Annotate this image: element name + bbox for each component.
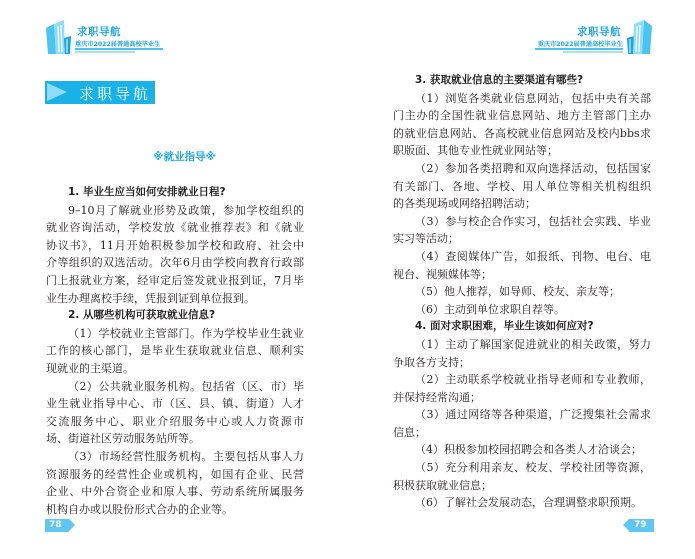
paragraph-line: （1）浏览各类就业信息网站，包括中央有关部 <box>393 90 651 108</box>
paragraph-line: 职版面、其他专业性就业网站等； <box>393 142 651 160</box>
paragraph-line: 业生办理离校手续，凭报到证到单位报到。 <box>46 290 304 308</box>
header-subtitle: 重庆市2022届普通高校毕业生 <box>538 39 623 48</box>
paragraph-line: （4）查阅媒体广告，如报纸、刊物、电台、电 <box>393 248 651 266</box>
question-heading: 2. 从哪些机构可获取就业信息? <box>46 307 304 325</box>
paragraph-line: （2）公共就业服务机构。包括省（区、市）毕 <box>46 378 304 396</box>
paragraph-line: （2）参加各类招聘和双向选择活动，包括国家 <box>393 160 651 178</box>
page-number: 78 <box>45 519 69 532</box>
paragraph-line: 现就业的主渠道。 <box>46 360 304 378</box>
right-page: 求职导航 重庆市2022届普通高校毕业生 3. 获取就业信息的主要渠道有哪些?（… <box>348 0 695 559</box>
header-rule-secondary <box>75 51 135 53</box>
right-body-text: 3. 获取就业信息的主要渠道有哪些?（1）浏览各类就业信息网站，包括中央有关部门… <box>393 72 651 512</box>
banner-label: 求职导航 <box>79 83 151 104</box>
question-heading: 1. 毕业生应当如何安排就业日程? <box>46 184 304 202</box>
paragraph-line: （1）学校就业主管部门。作为学校毕业生就业 <box>46 325 304 343</box>
paragraph-line: （6）主动到单位求职自荐等。 <box>393 301 651 319</box>
paragraph-line: （3）市场经营性服务机构。主要包括从事人力 <box>46 448 304 466</box>
paragraph-line: 工作的核心部门，是毕业生获取就业信息、顺利实 <box>46 342 304 360</box>
paragraph-line: 业生就业指导中心、市（区、县、镇、街道）人才 <box>46 395 304 413</box>
paragraph-line: 机构自办或以股份形式合办的企业等。 <box>46 501 304 519</box>
paragraph-line: （2）主动联系学校就业指导老师和专业教师， <box>393 371 651 389</box>
paragraph-line: 积极获取就业信息； <box>393 477 651 495</box>
paragraph-line: （3）参与校企合作实习，包括社会实践、毕业 <box>393 213 651 231</box>
header-rule <box>535 48 623 50</box>
paragraph-line: 实习等活动； <box>393 230 651 248</box>
paragraph-line: 就业咨询活动，学校发放《就业推荐表》和《就业 <box>46 219 304 237</box>
paragraph-line: 的各类现场或网络招聘活动； <box>393 195 651 213</box>
building-logo-icon <box>44 20 72 56</box>
section-banner: 求职导航 <box>45 81 155 104</box>
left-body-text: 1. 毕业生应当如何安排就业日程?9–10月了解就业形势及政策，参加学校组织的就… <box>46 184 304 518</box>
paragraph-line: 争取各方支持； <box>393 354 651 372</box>
header-logo: 求职导航 重庆市2022届普通高校毕业生 <box>532 20 654 56</box>
paragraph-line: 场、街道社区劳动服务站所等。 <box>46 430 304 448</box>
section-title: ※就业指导※ <box>0 149 347 164</box>
paragraph-line: 并保持经常沟通； <box>393 389 651 407</box>
paragraph-line: （5）他人推荐，如导师、校友、亲友等； <box>393 283 651 301</box>
paragraph-line: 门主办的全国性就业信息网站、地方主管部门主办 <box>393 107 651 125</box>
paragraph-line: 9–10月了解就业形势及政策，参加学校组织的 <box>46 202 304 220</box>
header-subtitle: 重庆市2022届普通高校毕业生 <box>75 39 160 48</box>
paragraph-line: 视台、视频媒体等； <box>393 266 651 284</box>
paragraph-line: （5）充分利用亲友、校友、学校社团等资源， <box>393 459 651 477</box>
question-heading: 3. 获取就业信息的主要渠道有哪些? <box>393 72 651 90</box>
paragraph-line: 资源服务的经营性企业或机构，如国有企业、民营 <box>46 466 304 484</box>
page-number: 79 <box>629 519 654 532</box>
building-logo-icon <box>626 20 654 56</box>
header-rule <box>75 48 163 50</box>
header-title: 求职导航 <box>77 24 121 39</box>
paragraph-line: 介等组织的双选活动。次年6月由学校向教育行政部 <box>46 254 304 272</box>
paragraph-line: 有关部门、各地、学校、用人单位等相关机构组织 <box>393 178 651 196</box>
paragraph-line: 的就业信息网站、各高校就业信息网站及校内bbs求 <box>393 125 651 143</box>
paragraph-line: 协议书》，11月开始积极参加学校和政府、社会中 <box>46 237 304 255</box>
paragraph-line: （3）通过网络等各种渠道，广泛搜集社会需求 <box>393 406 651 424</box>
paragraph-line: （4）积极参加校园招聘会和各类人才洽谈会； <box>393 441 651 459</box>
paragraph-line: 信息； <box>393 424 651 442</box>
paragraph-line: 企业、中外合资企业和原人事、劳动系统所属服务 <box>46 483 304 501</box>
paragraph-line: （1）主动了解国家促进就业的相关政策，努力 <box>393 336 651 354</box>
header-rule-secondary <box>563 51 623 53</box>
paragraph-line: 交流服务中心、职业介绍服务中心或人力资源市 <box>46 413 304 431</box>
left-page: 求职导航 重庆市2022届普通高校毕业生 求职导航 ※就业指导※ 1. 毕业生应… <box>0 0 347 559</box>
paragraph-line: 门上报就业方案，经审定后签发就业报到证，7月毕 <box>46 272 304 290</box>
arrow-icon <box>47 83 67 101</box>
paragraph-line: （6）了解社会发展动态，合理调整求职预期。 <box>393 494 651 512</box>
header-logo: 求职导航 重庆市2022届普通高校毕业生 <box>44 20 166 56</box>
header-title: 求职导航 <box>577 24 621 39</box>
question-heading: 4. 面对求职困难，毕业生该如何应对? <box>393 318 651 336</box>
